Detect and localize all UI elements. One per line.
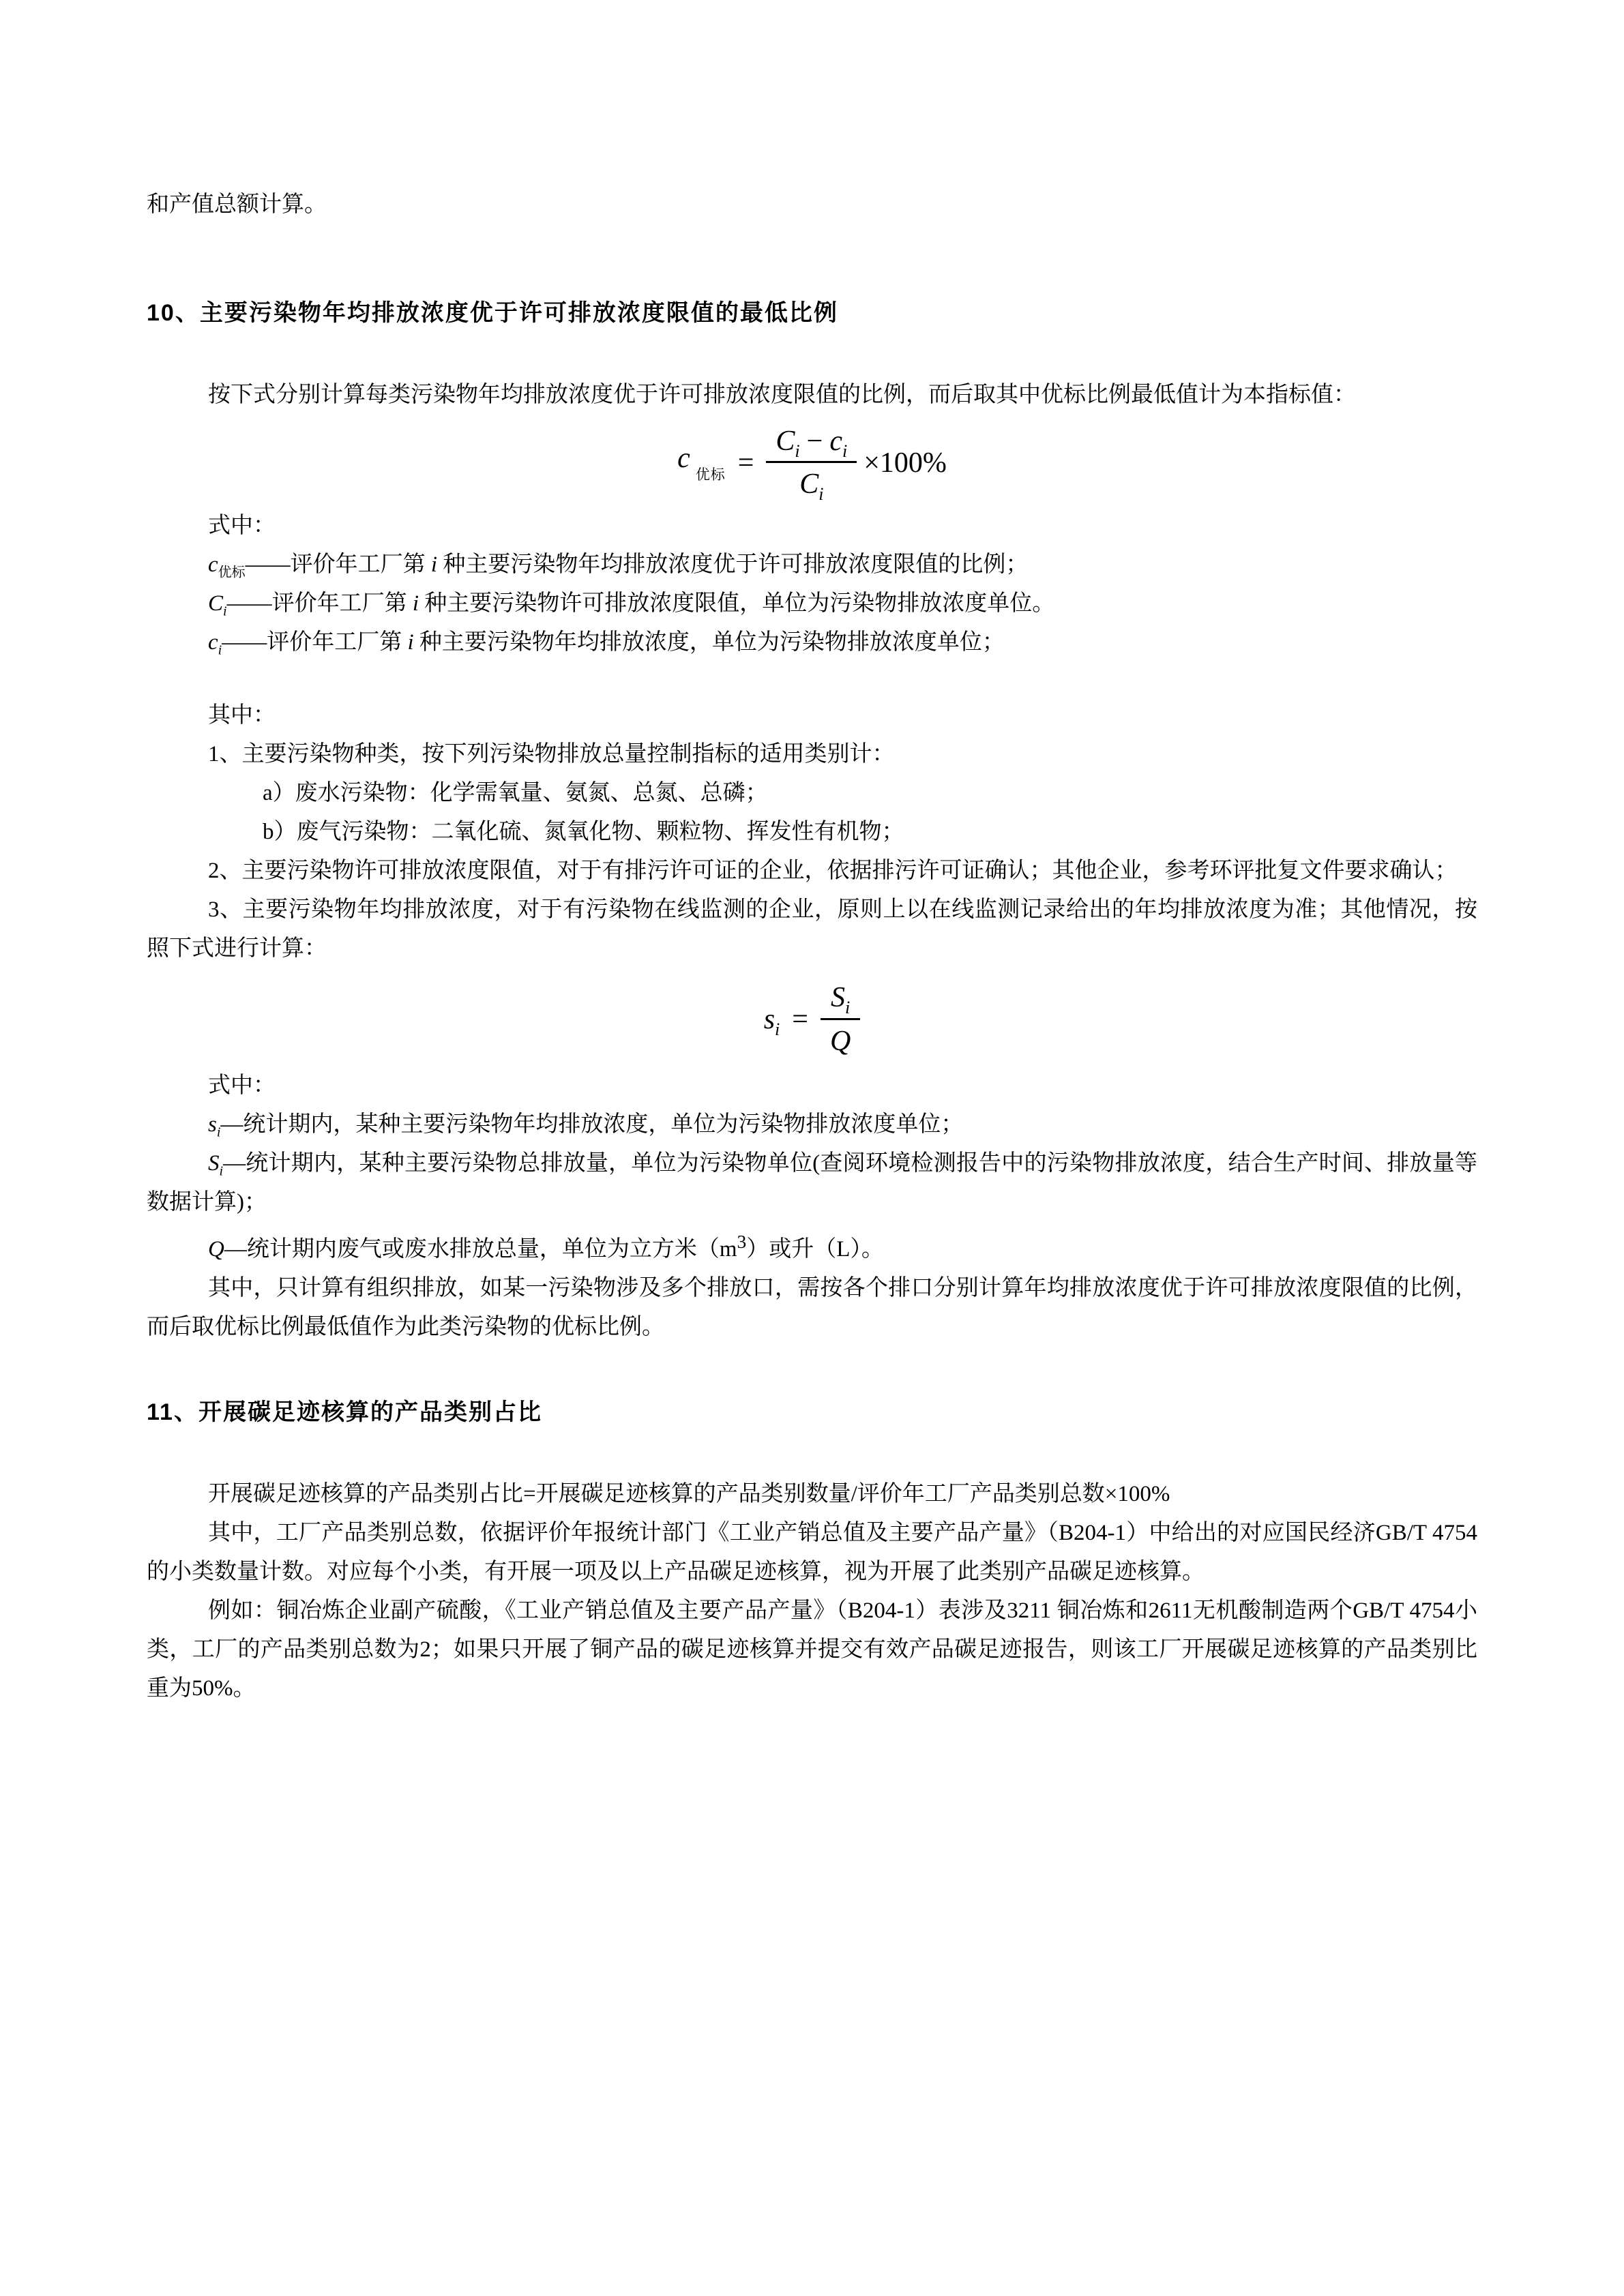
fraction: Ci−ci Ci [766,426,857,500]
qizhong-label: 其中： [147,696,1477,735]
definition-dash: — [220,1112,243,1137]
shizhong-label: 式中： [147,507,1477,546]
var-Q: Q [208,1237,224,1262]
list-item-2: 2、主要污染物许可排放浓度限值，对于有排污许可证的企业，依据排污许可证确认；其他… [147,852,1477,891]
list-item-1a: a）废水污染物：化学需氧量、氨氮、总氮、总磷； [147,774,1477,813]
definition-Q: Q—统计期内废气或废水排放总量，单位为立方米（m3）或升（L）。 [147,1222,1477,1269]
var-S: S [208,1151,220,1176]
definition-text: 评价年工厂第 [267,630,407,655]
var-c: c [677,443,690,474]
var-s: s [764,1004,775,1035]
var-c: c [208,630,218,655]
section-11-paragraph-3: 例如：铜冶炼企业副产硫酸，《工业产销总值及主要产品产量》（B204-1）表涉及3… [147,1592,1477,1708]
definition-dash: — [224,1237,247,1262]
formula-si-concentration: si = Si Q [147,982,1477,1056]
var-C: C [776,426,795,457]
fraction-numerator: Ci−ci [766,426,857,461]
formula-youbiao-ratio: c优标 = Ci−ci Ci ×100% [147,426,1477,500]
var-i: i [413,591,419,616]
formula-lhs: si [764,1004,780,1035]
fraction-denominator: Ci [766,461,857,500]
subscript-youbiao: 优标 [218,565,246,580]
var-C: C [799,468,818,500]
equals-sign: = [792,1004,808,1035]
superscript-3: 3 [737,1231,747,1252]
var-i: i [431,552,437,577]
var-i: i [407,630,413,655]
var-Q: Q [830,1026,851,1057]
var-s: s [208,1112,217,1137]
minus-sign: − [807,426,823,457]
subscript-i: i [818,484,823,504]
subscript-youbiao: 优标 [696,466,726,483]
list-item-1: 1、主要污染物种类，按下列污染物排放总量控制指标的适用类别计： [147,735,1477,774]
section-11-heading: 11、开展碳足迹核算的产品类别占比 [147,1392,1477,1433]
section-11-paragraph-2: 其中，工厂产品类别总数，依据评价年报统计部门《工业产销总值及主要产品产量》（B2… [147,1514,1477,1592]
formula-lhs: c优标 [677,443,726,483]
definition-dash: —— [246,552,291,577]
definition-text: 种主要污染物年均排放浓度，单位为污染物排放浓度单位； [414,630,1005,655]
definition-text: 统计期内，某种主要污染物总排放量，单位为污染物单位(查阅环境检测报告中的污染物排… [147,1151,1477,1214]
times-100-percent: ×100% [863,447,947,479]
section-10-closing-paragraph: 其中，只计算有组织排放，如某一污染物涉及多个排放口，需按各个排口分别计算年均排放… [147,1269,1477,1347]
var-S: S [831,982,845,1013]
fraction-denominator: Q [821,1018,860,1057]
subscript-i: i [842,441,847,461]
definition-text: 评价年工厂第 [291,552,431,577]
definition-dash: — [223,1151,246,1176]
document-page: 和产值总额计算。 10、主要污染物年均排放浓度优于许可排放浓度限值的最低比例 按… [0,0,1624,2296]
definition-text: 种主要污染物许可排放浓度限值，单位为污染物排放浓度单位。 [419,591,1054,616]
definition-s-i: si—统计期内，某种主要污染物年均排放浓度，单位为污染物排放浓度单位； [147,1105,1477,1144]
subscript-i: i [775,1019,780,1039]
var-c: c [208,552,218,577]
list-item-3: 3、主要污染物年均排放浓度，对于有污染物在线监测的企业，原则上以在线监测记录给出… [147,891,1477,968]
fraction: Si Q [821,982,860,1056]
equals-sign: = [738,447,754,479]
definition-C-i: Ci——评价年工厂第 i 种主要污染物许可排放浓度限值，单位为污染物排放浓度单位… [147,584,1477,623]
intro-line: 和产值总额计算。 [147,185,1477,224]
definition-c-youbiao: c优标——评价年工厂第 i 种主要污染物年均排放浓度优于许可排放浓度限值的比例； [147,546,1477,584]
list-item-1b: b）废气污染物：二氧化硫、氮氧化物、颗粒物、挥发性有机物； [147,813,1477,852]
section-11-paragraph-1: 开展碳足迹核算的产品类别占比=开展碳足迹核算的产品类别数量/评价年工厂产品类别总… [147,1475,1477,1514]
definition-dash: —— [222,630,267,655]
shizhong-label-2: 式中： [147,1067,1477,1105]
section-10-paragraph-1: 按下式分别计算每类污染物年均排放浓度优于许可排放浓度限值的比例，而后取其中优标比… [147,376,1477,415]
fraction-numerator: Si [821,982,860,1017]
var-c: c [829,426,842,457]
definition-text: ）或升（L）。 [746,1237,884,1262]
var-C: C [208,591,223,616]
definition-text: 统计期内，某种主要污染物年均排放浓度，单位为污染物排放浓度单位； [243,1112,963,1137]
definition-text: 种主要污染物年均排放浓度优于许可排放浓度限值的比例； [437,552,1028,577]
subscript-i: i [845,998,850,1017]
definition-S-i: Si—统计期内，某种主要污染物总排放量，单位为污染物单位(查阅环境检测报告中的污… [147,1144,1477,1222]
definition-c-i: ci——评价年工厂第 i 种主要污染物年均排放浓度，单位为污染物排放浓度单位； [147,623,1477,662]
section-10-heading: 10、主要污染物年均排放浓度优于许可排放浓度限值的最低比例 [147,293,1477,333]
subscript-i: i [795,441,799,461]
definition-text: 统计期内废气或废水排放总量，单位为立方米（m [247,1237,737,1262]
definition-dash: —— [227,591,272,616]
definition-text: 评价年工厂第 [272,591,413,616]
